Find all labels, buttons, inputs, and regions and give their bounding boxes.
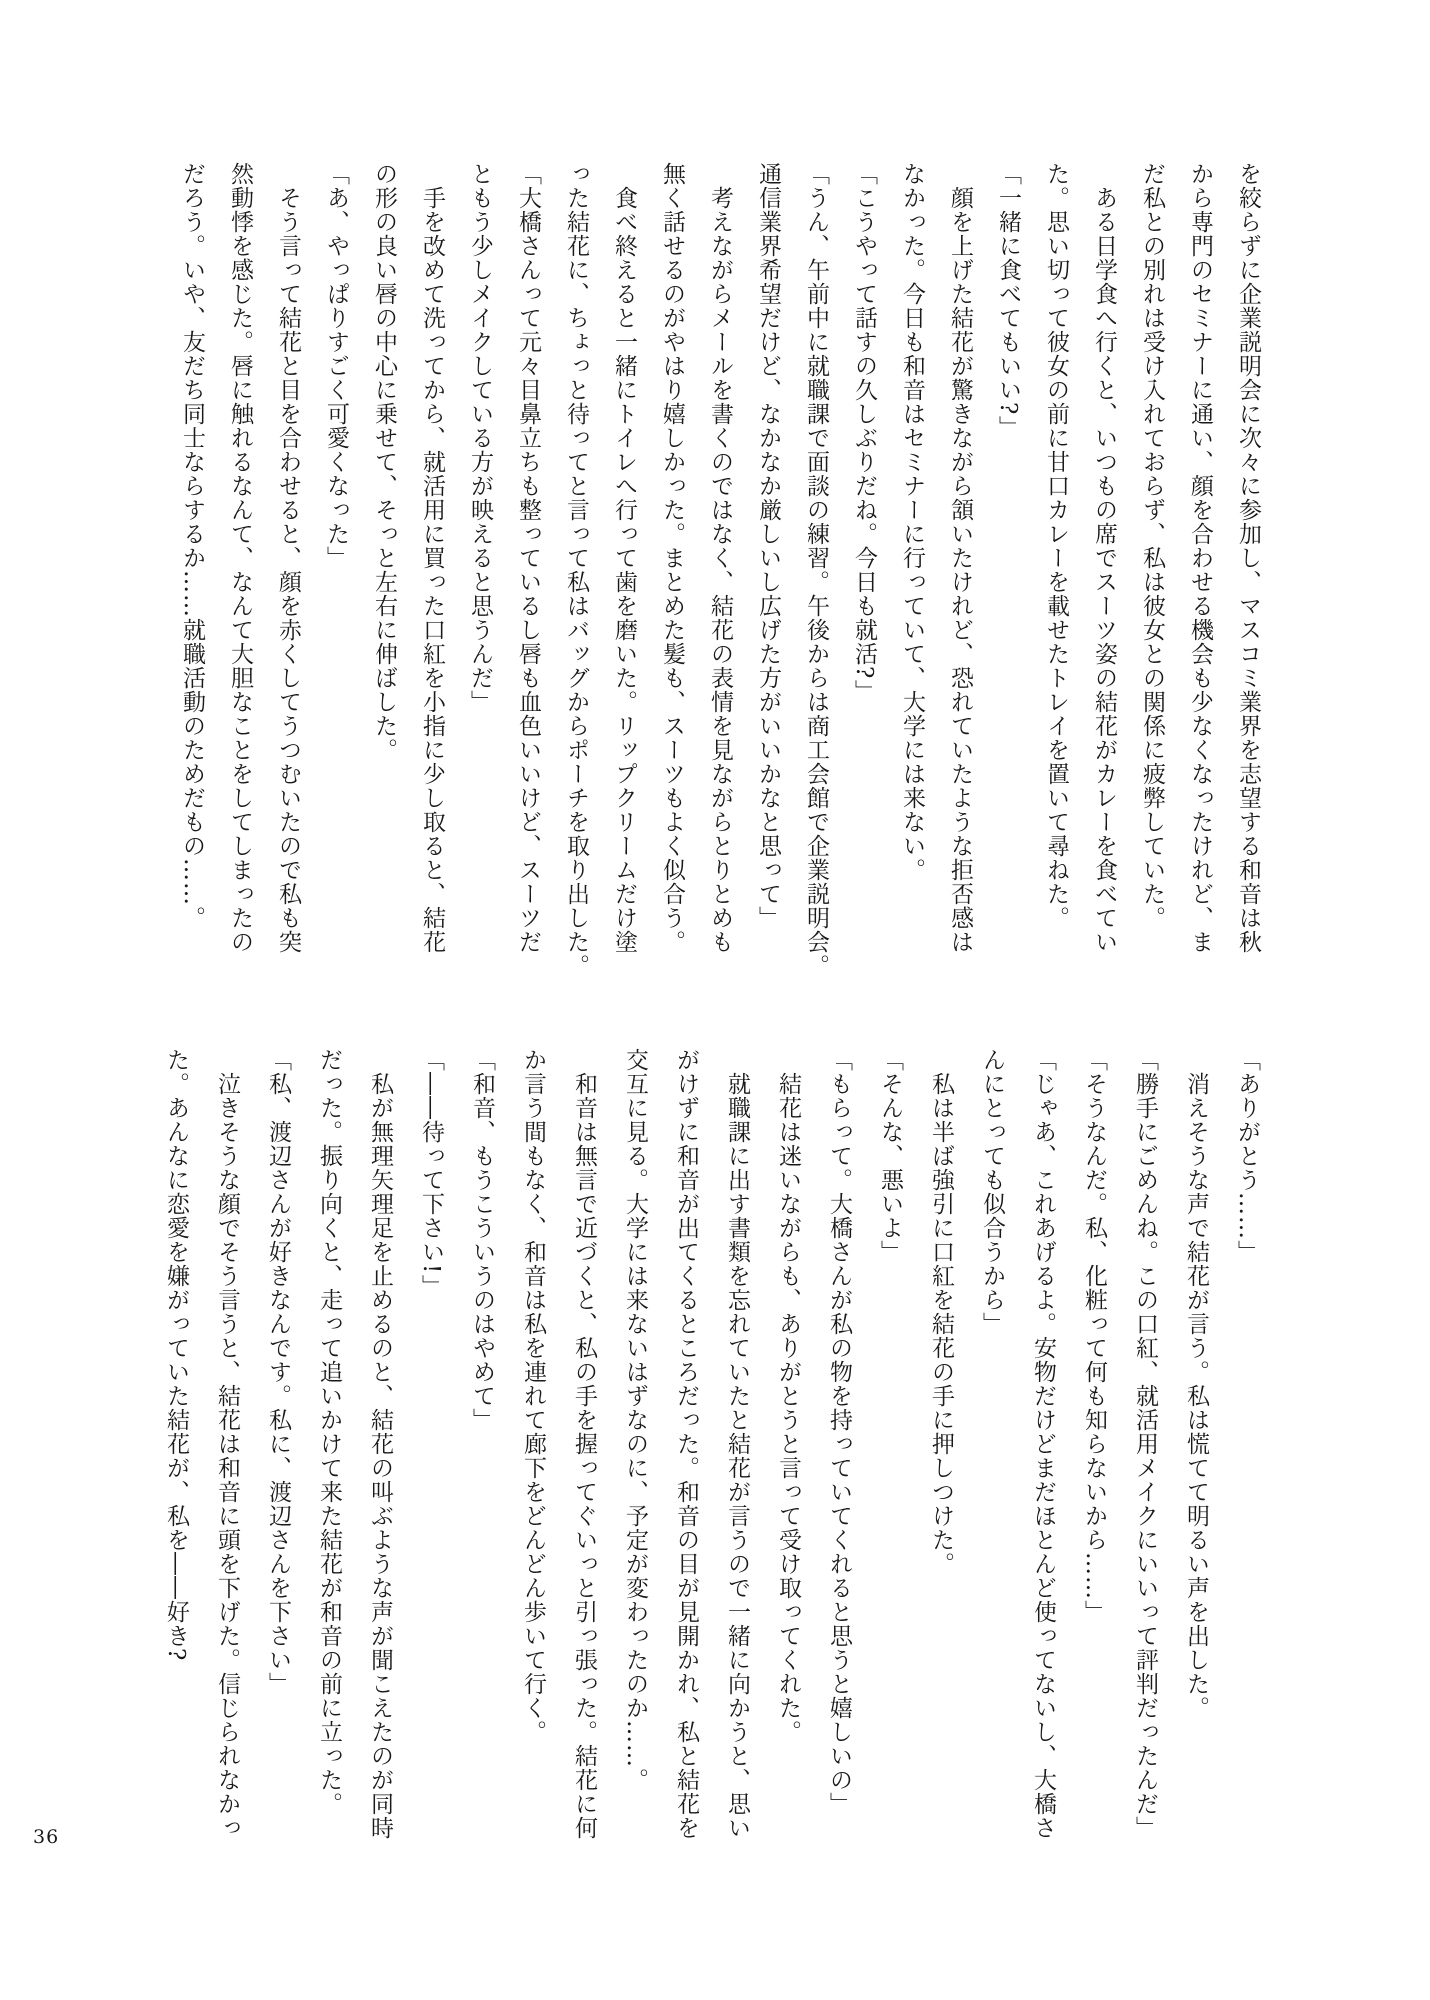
page-number: 36 [33,1826,59,1848]
novel-page: を絞らずに企業説明会に次々に参加し、マスコミ業界を志望する和音は秋 から専門のセ… [0,0,1430,2000]
text-tier-upper: を絞らずに企業説明会に次々に参加し、マスコミ業界を志望する和音は秋 から専門のセ… [168,162,1272,1014]
text-tier-lower: 「ありがとう……」 消えそうな声で結花が言う。私は慌てて明るい声を出した。 「勝… [150,1048,1272,1900]
